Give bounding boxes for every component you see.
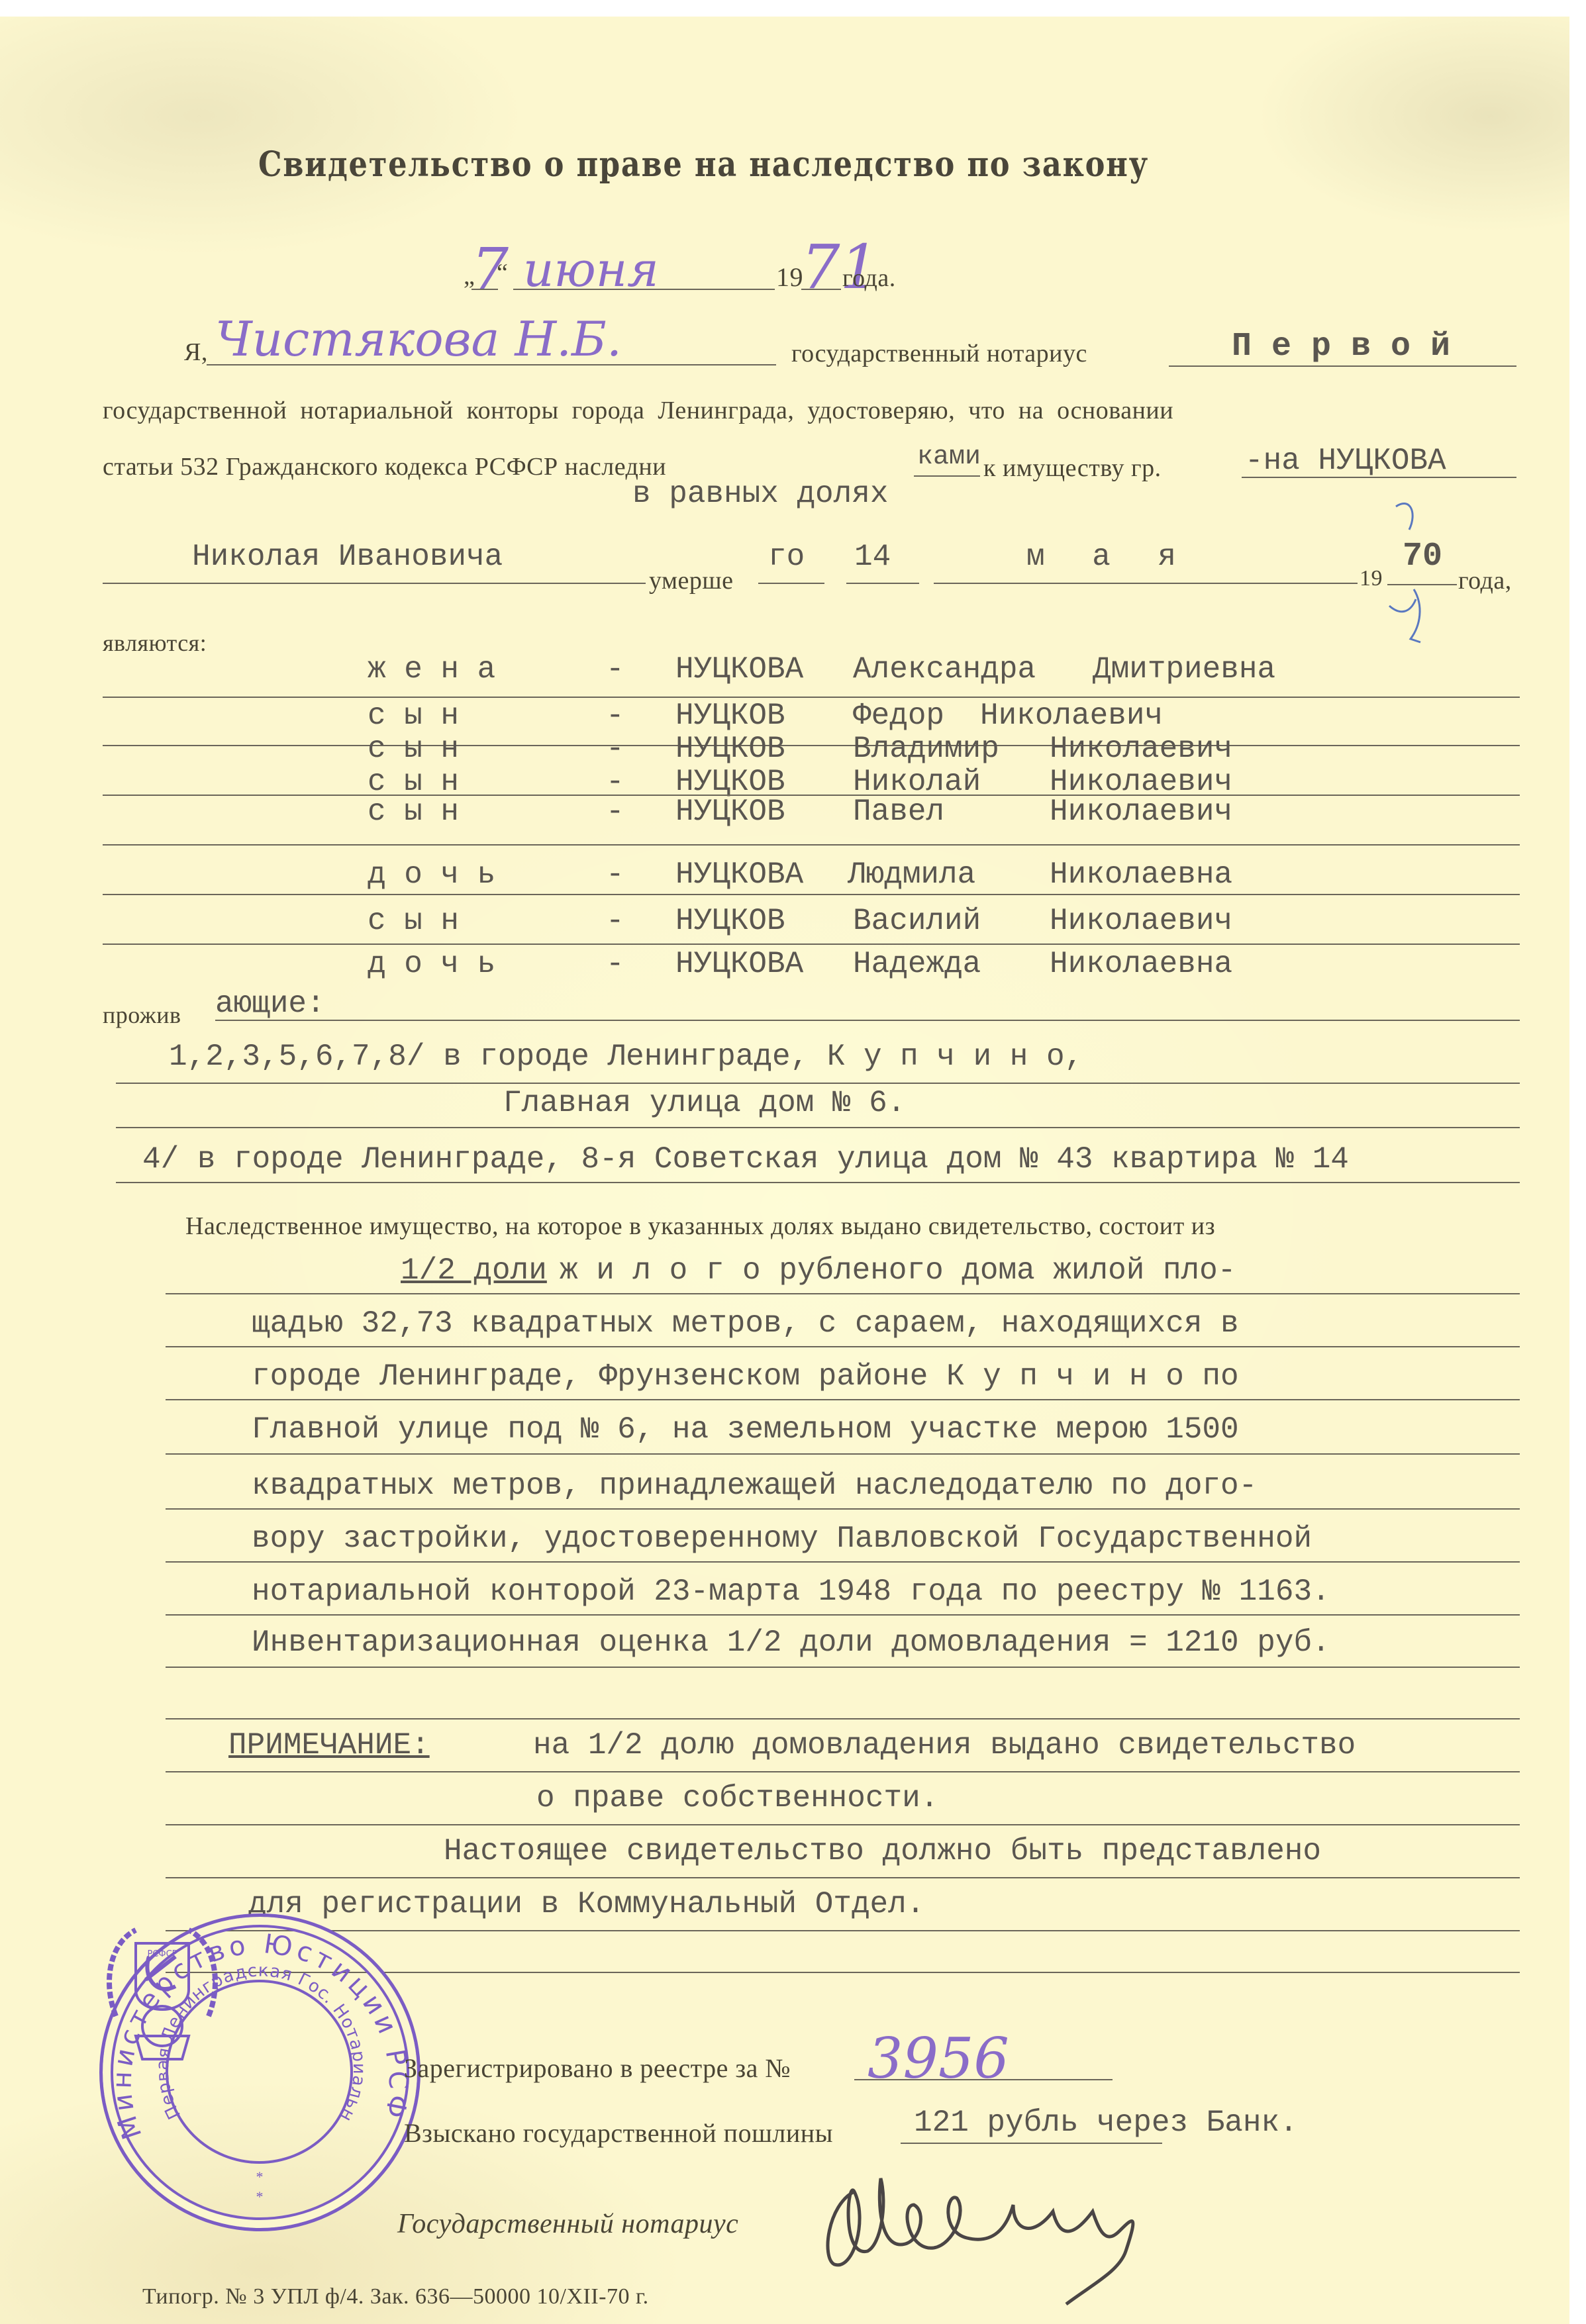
- property-rule: [166, 1453, 1520, 1455]
- svg-text:*: *: [256, 2188, 264, 2205]
- article-text: статьи 532 Гражданского кодекса РСФСР на…: [103, 452, 666, 481]
- heir-relation: с ы н: [368, 795, 459, 829]
- deceased-name: Николая Ивановича: [192, 540, 503, 574]
- died-suffix: го: [768, 540, 805, 574]
- equal-shares: в равных долях: [632, 477, 888, 511]
- heir-first-name: Василий: [853, 904, 981, 938]
- property-line-2: щадью 32,73 квадратных метров, с сараем,…: [252, 1306, 1239, 1341]
- fee-value: 121 рубль через Банк.: [914, 2106, 1298, 2140]
- instruction-line-1: Настоящее свидетельство должно быть пред…: [444, 1834, 1321, 1868]
- notary-label: государственный нотариус: [791, 339, 1087, 368]
- heir-dash: -: [606, 857, 624, 892]
- heir-first-name: Надежда: [853, 947, 981, 981]
- heir-surname: НУЦКОВ: [675, 699, 785, 733]
- residence-line-1: 1,2,3,5,6,7,8/ в городе Ленинграде, К у …: [169, 1040, 1083, 1074]
- heir-surname: НУЦКОВ: [675, 795, 785, 829]
- property-line-7: нотариальной конторой 23-марта 1948 года…: [252, 1574, 1330, 1609]
- deceased-surname-underline: [1242, 477, 1516, 478]
- date-day-underline: [471, 289, 498, 290]
- heir-patronymic: Николаевич: [1050, 904, 1232, 938]
- residence-line-2: Главная улица дом № 6.: [503, 1086, 905, 1120]
- heir-surname: НУЦКОВА: [675, 857, 803, 892]
- notary-office-underline: [1169, 365, 1516, 367]
- heir-line: [103, 844, 1520, 846]
- pencil-arrow-mark-icon: [1364, 500, 1444, 652]
- heir-dash: -: [606, 947, 624, 981]
- note-rule: [166, 1771, 1520, 1772]
- death-month: м а я: [1026, 540, 1191, 574]
- heir-patronymic: Дмитриевна: [1093, 652, 1275, 687]
- note-line-1: на 1/2 долю домовладения выдано свидетел…: [533, 1728, 1356, 1763]
- residence-line-1-underline: [116, 1083, 1520, 1084]
- residence-line-3: 4/ в городе Ленинграде, 8-я Советская ул…: [142, 1142, 1349, 1177]
- heir-surname: НУЦКОВ: [675, 904, 785, 938]
- residence-line-2-underline: [116, 1127, 1520, 1128]
- office-line: государственной нотариальной конторы гор…: [103, 396, 1173, 425]
- heir-surname: НУЦКОВ: [675, 732, 785, 766]
- note-line-2: о праве собственности.: [536, 1781, 938, 1816]
- heir-dash: -: [606, 904, 624, 938]
- date-year-underline: [801, 289, 841, 290]
- svg-text:*: *: [256, 2168, 264, 2185]
- property-share: 1/2 доли: [401, 1253, 547, 1288]
- heir-dash: -: [606, 652, 624, 687]
- property-rule: [166, 1399, 1520, 1400]
- property-line-3: городе Ленинграде, Фрунзенском районе К …: [252, 1359, 1239, 1394]
- notary-office: П е р в о й: [1232, 328, 1450, 365]
- heir-dash: -: [606, 732, 624, 766]
- heir-relation: с ы н: [368, 699, 459, 733]
- property-rule: [166, 1346, 1520, 1347]
- heir-first-name: Александра: [853, 652, 1036, 687]
- heir-relation: д о ч ь: [368, 947, 495, 981]
- property-rule: [166, 1667, 1520, 1668]
- heir-line: [103, 944, 1520, 945]
- note-rule: [166, 1824, 1520, 1825]
- heir-dash: -: [606, 699, 624, 733]
- property-line-8: Инвентаризационная оценка 1/2 доли домов…: [252, 1625, 1330, 1660]
- heir-relation: с ы н: [368, 904, 459, 938]
- notary-name: Чистякова Н.Б.: [215, 311, 622, 367]
- heirs-suffix-underline: [914, 475, 980, 477]
- heir-relation: с ы н: [368, 732, 459, 766]
- stamp-emblem-text: РСФСР: [147, 1949, 177, 1959]
- footer-imprint: Типогр. № 3 УПЛ ф/4. Зак. 636—50000 10/X…: [142, 2284, 649, 2309]
- heirs-suffix: ками: [917, 442, 981, 472]
- heir-relation: ж е н а: [368, 652, 495, 687]
- heir-line: [103, 697, 1520, 698]
- notary-prefix: Я,: [184, 338, 208, 367]
- heir-relation: д о ч ь: [368, 857, 495, 892]
- property-rule: [166, 1614, 1520, 1616]
- heir-patronymic: Николаевна: [1050, 857, 1232, 892]
- notary-name-underline: [207, 364, 776, 365]
- deceased-name-underline: [103, 583, 646, 584]
- property-intro: Наследственное имущество, на которое в у…: [185, 1212, 1215, 1241]
- date-suffix: года.: [842, 264, 896, 293]
- date-year-prefix: 19: [776, 262, 803, 293]
- death-day: 14: [854, 540, 891, 574]
- heir-dash: -: [606, 795, 624, 829]
- registry-number: 3956: [867, 2026, 1009, 2091]
- heir-surname: НУЦКОВА: [675, 947, 803, 981]
- document-title: Свидетельство о праве на наследство по з…: [258, 144, 1149, 185]
- heir-patronymic: Николаевич: [1050, 795, 1232, 829]
- heir-surname: НУЦКОВА: [675, 652, 803, 687]
- residence-label: прожив: [103, 1001, 181, 1029]
- heir-first-name: Павел: [853, 795, 944, 829]
- death-month-underline: [934, 583, 1358, 584]
- to-property-label: к имуществу гр.: [983, 454, 1162, 483]
- notary-stamp: Министерство Юстиции РСФСР Первая Ленинг…: [99, 1913, 421, 2231]
- date-quote-close: “: [497, 258, 508, 287]
- heir-patronymic: Николаевна: [1050, 947, 1232, 981]
- date-month-underline: [513, 289, 775, 290]
- death-day-underline: [846, 583, 919, 584]
- registry-number-underline: [854, 2079, 1113, 2080]
- property-rule: [166, 1561, 1520, 1563]
- instruction-rule: [166, 1877, 1520, 1878]
- heirs-label: являются:: [103, 629, 207, 657]
- signature-label: Государственный нотариус: [397, 2208, 738, 2240]
- died-suffix-underline: [758, 583, 824, 584]
- heir-line: [103, 795, 1520, 796]
- notary-signature-icon: [815, 2165, 1510, 2311]
- property-rule: [166, 1508, 1520, 1510]
- registry-label: Зарегистрировано в реестре за №: [404, 2053, 791, 2084]
- heir-first-name: Людмила: [848, 857, 975, 892]
- property-rule: [166, 1718, 1520, 1719]
- residence-line-3-underline: [116, 1182, 1520, 1183]
- fee-underline: [901, 2143, 1162, 2144]
- heir-line: [103, 894, 1520, 895]
- fee-label: Взыскано государственной пошлины: [404, 2117, 833, 2149]
- heir-patronymic: Николаевич: [980, 699, 1163, 733]
- heir-first-name: Федор: [853, 699, 944, 733]
- property-line-5: квадратных метров, принадлежащей наследо…: [252, 1469, 1257, 1503]
- heir-patronymic: Николаевич: [1050, 732, 1232, 766]
- heir-line: [103, 745, 1520, 746]
- property-rule: [166, 1293, 1520, 1294]
- residence-underline: [215, 1020, 1520, 1021]
- stamp-inner-ring: [166, 1980, 353, 2164]
- death-year-suffix: года,: [1458, 566, 1512, 595]
- residence-suffix: ающие:: [215, 987, 325, 1021]
- property-line-1: ж и л о г о рубленого дома жилой пло-: [560, 1253, 1236, 1288]
- deceased-surname: -на НУЦКОВА: [1245, 444, 1446, 478]
- property-line-4: Главной улице под № 6, на земельном учас…: [252, 1412, 1239, 1447]
- heir-first-name: Владимир: [853, 732, 999, 766]
- note-label: ПРИМЕЧАНИЕ:: [228, 1728, 430, 1763]
- property-line-6: вору застройки, удостоверенному Павловск…: [252, 1522, 1312, 1556]
- died-label: умерше: [649, 566, 734, 595]
